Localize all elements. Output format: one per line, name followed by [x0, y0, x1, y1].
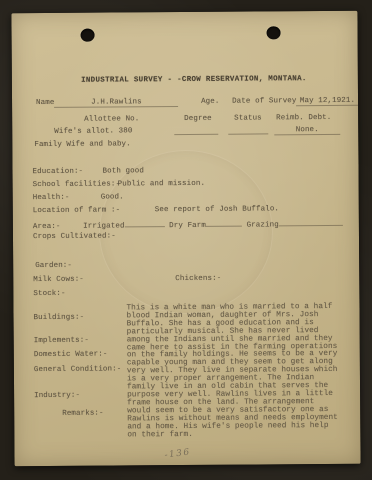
name-value: J.H.Rawlins: [54, 98, 178, 108]
education-label: Education:-: [33, 168, 84, 176]
allottee-no-value: Wife's allot. 380: [54, 127, 132, 136]
area-row: Area:- Irrigated Dry Farm Grazing: [33, 218, 343, 231]
milk-cows-label: Milk Cows:-: [33, 276, 84, 284]
location-label: Location of farm :-: [33, 206, 120, 215]
name-row: NameJ.H.Rawlins Age. Date of SurveyMay 1…: [36, 97, 359, 108]
punch-hole-left: [81, 29, 95, 42]
area-grazing-label: Grazing: [247, 221, 279, 229]
health-label: Health:-: [33, 194, 70, 202]
remarks-paragraph: This is a white man who is married to a …: [126, 304, 339, 440]
degree-label: Degree: [184, 115, 212, 123]
scanned-survey-page: { "document": { "title": "INDUSTRIAL SUR…: [0, 0, 372, 480]
school-label: School facilities:-: [33, 180, 120, 189]
health-value: Good.: [101, 193, 124, 201]
family-value: Wife and baby.: [66, 140, 130, 148]
education-value: Both good: [103, 167, 144, 175]
survey-date-value: May 12,1921.: [296, 97, 358, 106]
area-grazing-blank: [279, 218, 343, 226]
paper-sheet: INDUSTRIAL SURVEY - -CROW RESERVATION, M…: [11, 11, 360, 466]
chickens-label: Chickens:-: [175, 275, 221, 283]
punch-hole-right: [267, 26, 281, 39]
area-dryfarm-label: Dry Farm: [169, 222, 206, 230]
status-blank: [228, 126, 268, 137]
reimb-debt-value: None.: [274, 126, 340, 135]
document-title: INDUSTRIAL SURVEY - -CROW RESERVATION, M…: [12, 75, 358, 85]
reimb-debt-label: Reimb. Debt.: [276, 114, 331, 122]
school-value: Public and mission.: [118, 180, 205, 189]
area-label: Area:-: [33, 223, 61, 231]
remarks-label: Remarks:-: [62, 410, 103, 418]
location-value: See report of Josh Buffalo.: [155, 205, 279, 214]
survey-date-label: Date of Survey: [232, 97, 296, 105]
age-label: Age.: [201, 98, 219, 106]
industry-label: Industry:-: [34, 392, 80, 400]
family-label: Family: [34, 141, 62, 149]
stock-label: Stock:-: [33, 290, 65, 298]
degree-blank: [174, 127, 218, 138]
implements-label: Implements:-: [34, 337, 89, 345]
buildings-label: Buildings:-: [34, 314, 85, 322]
handwritten-page-number: -136: [164, 447, 191, 460]
status-label: Status: [234, 114, 262, 122]
general-condition-label: General Condition:-: [34, 365, 121, 374]
domestic-water-label: Domestic Water:-: [34, 351, 108, 360]
garden-label: Garden:-: [35, 262, 72, 270]
name-label: Name: [36, 99, 54, 107]
area-irrigated-label: Irrigated: [83, 222, 124, 230]
area-irrigated-blank: [125, 219, 165, 227]
area-dryfarm-blank: [206, 219, 242, 227]
allottee-no-label: Allottee No.: [84, 115, 139, 123]
crops-label: Crops Cultivated:-: [33, 232, 116, 241]
